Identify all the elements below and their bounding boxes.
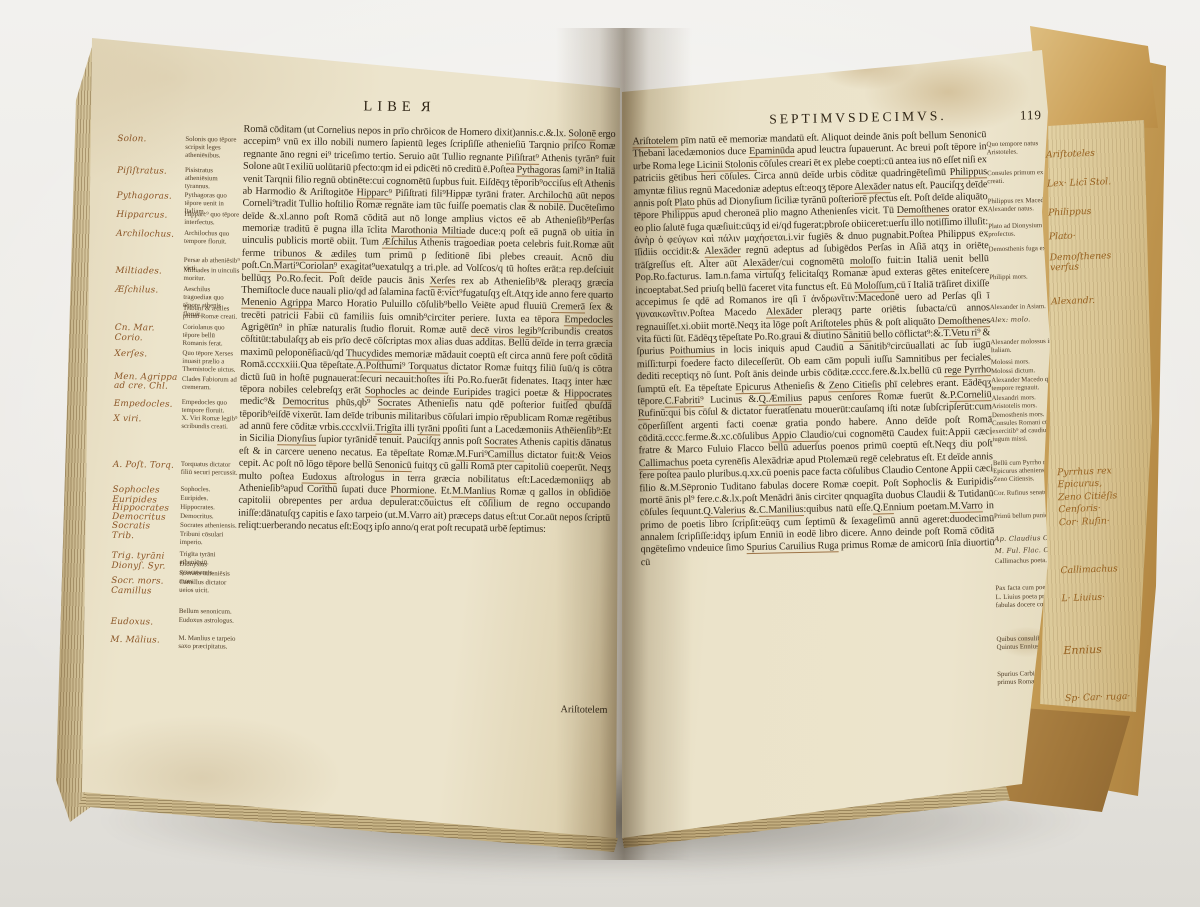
printed-margin-note: Eudoxus astrologus. [179,617,236,626]
handwritten-margin-note: Archilochus. [116,230,182,241]
handwritten-margin-note: Ariſtoteles [1046,146,1178,161]
left-margin-handwritten-notes: Solon.Piſiſtratus.Pythagoras.Hipparcus.A… [109,38,185,739]
printed-margin-note: Tribuni cōsulari imperio. [180,531,237,548]
left-margin-printed-notes: Solonis quo tēpore scripsit leges atheni… [177,39,244,740]
handwritten-margin-note: Xerſes. [114,350,180,361]
printed-margin-note: Democritus. [180,513,237,522]
right-running-head: SEPTIMVSDECIMVS. [718,107,998,129]
book-photo: LIBER Solon.Piſiſtratus.Pythagoras.Hippa… [0,0,1200,907]
handwritten-margin-note: Callimachus [1060,562,1192,577]
handwritten-margin-note: Alexandr. [1051,293,1183,308]
printed-margin-note: Sophocles. [180,486,237,495]
printed-margin-note: Socrates atheniensis. [180,522,237,531]
right-page-body-text: Ariſtotelem pīm natū eē memoriæ mandatū … [632,129,997,710]
handwritten-margin-note: verſus [1050,259,1182,274]
handwritten-margin-note: Eudoxus. [111,618,177,629]
handwritten-margin-note: Cor· Ruſin· [1059,514,1191,529]
handwritten-margin-note: Empedocles. [114,400,180,411]
printed-margin-note: Hippocrates. [180,504,237,513]
printed-margin-note: Archilochus quo tempore floruit. [184,230,241,247]
handwritten-margin-note: Æſchilus. [115,286,181,297]
right-edge-handwritten-notes: AriſtotelesLex· Licī Stol.PhilippusPlato… [1046,136,1199,740]
handwritten-margin-note: Sp· Car· ruga· [1065,690,1197,705]
printed-margin-note: X. Viri Romæ legib⁹ scribundis creati. [181,415,238,432]
printed-margin-note: Clades Fabiorum ad cremeram. [182,376,239,393]
printed-margin-note: Tribuni & ædiles primū Romæ creati. [183,305,240,322]
printed-margin-note: Miltiades in uinculis moritur. [183,267,240,284]
printed-margin-note: Pisistratus atheniēsium tyrannus. [185,167,242,192]
handwritten-margin-note: Trib. [112,532,178,543]
left-running-head: LIBER [232,97,562,119]
handwritten-margin-note: Plato· [1049,228,1181,243]
right-page: SEPTIMVSDECIMVS. 119 Ariſtotelem pīm nat… [618,42,1060,844]
handwritten-margin-note: Hipparcus. [116,211,182,222]
handwritten-margin-note: Solon. [117,135,183,146]
handwritten-margin-note: Ennius [1063,642,1195,657]
mirrored-r-glyph: R [416,99,431,116]
left-page: LIBER Solon.Piſiſtratus.Pythagoras.Hippa… [82,38,624,844]
handwritten-margin-note: Piſiſtratus. [117,167,183,178]
printed-margin-note: M. Manlius e tarpeio saxo præcipitatus. [178,635,235,652]
handwritten-margin-note: Dionyſ. Syr. [111,562,177,573]
printed-margin-note: Camillus dictator ueios uicit. [179,579,236,596]
left-page-body-text: Romā cōditam (ut Cornelius nepos in prīo… [236,124,616,707]
handwritten-margin-note: Miltiades. [116,267,182,278]
printed-margin-note: Torquatus dictator filiū securi percussi… [181,461,238,478]
printed-margin-note: Bellum senonicum. [179,608,236,617]
printed-margin-note: Hipparc⁹ quo tēpore interfectus. [184,211,241,228]
handwritten-margin-note: X viri. [113,415,179,426]
running-head-text: LIBE [363,98,415,115]
printed-margin-note: Solonis quo tēpore scripsit leges atheni… [185,136,242,161]
handwritten-margin-note: M. Mālius. [110,636,176,647]
handwritten-margin-note: Epicurus, [1057,476,1189,491]
printed-margin-note: Quo tēpore Xerses inuasit prælio a Themi… [182,350,239,375]
handwritten-margin-note: Camillus [111,587,177,598]
printed-margin-note: Coriolanus quo tēpore bellū Romanis fera… [183,324,240,349]
handwritten-margin-note: Pythagoras. [117,192,183,203]
printed-margin-note: Euripides. [180,495,237,504]
handwritten-margin-note: Cn. Mar. Corio. [115,324,181,344]
handwritten-margin-note: A. Poſt. Torq. [113,461,179,472]
printed-margin-note: Empedocles quo tempore floruit. [182,399,239,416]
handwritten-margin-note: Cenſoris· [1058,501,1190,516]
handwritten-margin-note: Philippus [1048,204,1180,219]
handwritten-margin-note: Lex· Licī Stol. [1047,175,1179,190]
handwritten-margin-note: L· Liuius· [1061,590,1193,605]
handwritten-margin-note: ad cre. Chl. [114,382,180,393]
